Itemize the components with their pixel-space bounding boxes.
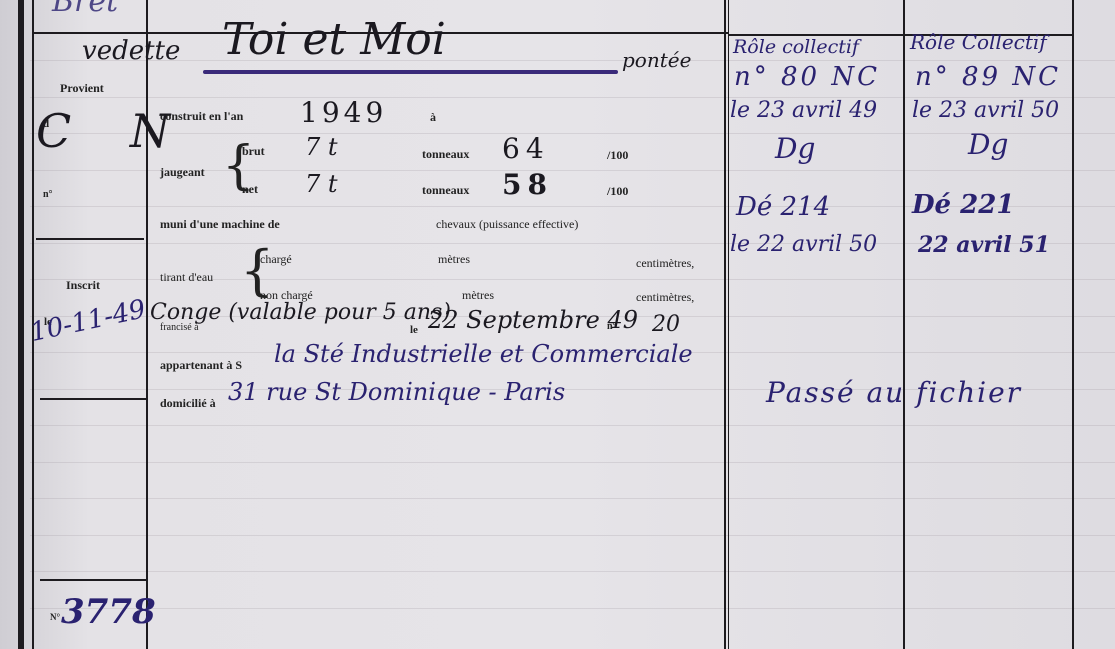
role-heading-1: Rôle collectif <box>733 36 859 58</box>
column-divider <box>1072 0 1074 649</box>
tonneaux-label-net: tonneaux <box>422 183 469 198</box>
role-de-number-2: Dé 221 <box>912 190 1014 220</box>
role-de-number-1: Dé 214 <box>736 192 830 222</box>
column-divider <box>724 0 726 649</box>
net-label: net <box>242 182 258 197</box>
charge-label: chargé <box>260 252 292 267</box>
role-de-date-2: 22 avril 51 <box>918 232 1050 258</box>
appartenant-value: la Sté Industrielle et Commerciale <box>274 340 693 368</box>
left-section-rule <box>36 238 144 240</box>
tonneaux-net-value: 58 <box>502 168 553 201</box>
column-divider <box>903 0 905 649</box>
ruled-line <box>30 571 1115 572</box>
tonneaux-brut-value: 64 <box>502 132 550 165</box>
passe-au-fichier-annotation: Passé au fichier <box>766 376 1022 409</box>
left-margin-bar <box>18 0 24 649</box>
role-date-2: le 23 avril 50 <box>912 98 1059 123</box>
vessel-name: Toi et Moi <box>222 14 446 65</box>
ruled-line <box>30 425 1115 426</box>
role-de-date-1: le 22 avril 50 <box>730 232 877 257</box>
registry-number: 3778 <box>61 592 156 632</box>
vessel-type: vedette <box>82 36 180 66</box>
column-divider <box>146 0 148 649</box>
column-divider <box>728 0 729 649</box>
vessel-name-underline <box>203 70 618 74</box>
role-number-2: n° 89 NC <box>915 62 1061 92</box>
role-date-1: le 23 avril 49 <box>730 98 877 123</box>
domicile-label: domicilié à <box>160 396 216 411</box>
construit-label: construit en l'an <box>160 109 243 124</box>
francise-value: Conge (valable pour 5 ans) <box>150 300 451 325</box>
role-initials-1: Dg <box>775 132 815 165</box>
ruled-line <box>30 60 1115 61</box>
centimetres-label-non-charge: centimètres, <box>636 290 694 305</box>
left-section-rule <box>40 398 146 400</box>
construit-year: 1949 <box>300 96 387 129</box>
role-initials-2: Dg <box>968 128 1008 161</box>
header-fragment: Bret <box>52 0 118 19</box>
vessel-name-suffix: pontée <box>622 48 691 72</box>
metres-label-non-charge: mètres <box>462 288 494 303</box>
francise-number: 20 <box>652 312 680 337</box>
left-section-rule <box>40 579 146 581</box>
francise-le-label: le <box>410 324 418 336</box>
brut-value: 7 t <box>305 133 338 161</box>
centimetres-label-charge: centimètres, <box>636 256 694 271</box>
appartenant-label: appartenant à S <box>160 358 242 373</box>
a-label: à <box>430 110 436 125</box>
no-label: n° <box>43 189 53 200</box>
role-heading-2: Rôle Collectif <box>910 30 1047 54</box>
provient-label: Provient <box>60 81 104 96</box>
inscrit-date: 10-11-49 <box>28 294 149 348</box>
inscrit-label: Inscrit <box>66 278 100 293</box>
machine-label: muni d'une machine de <box>160 217 280 232</box>
registry-card: Bret vedette Toi et Moi pontée Provient … <box>0 0 1115 649</box>
net-value: 7 t <box>305 170 338 198</box>
number-label: N° <box>50 612 60 622</box>
tonneaux-label-brut: tonneaux <box>422 147 469 162</box>
role-number-1: n° 80 NC <box>734 62 880 92</box>
ruled-line <box>30 133 1115 134</box>
tirant-label: tirant d'eau <box>160 270 213 285</box>
ruled-line <box>30 608 1115 609</box>
brut-label: brut <box>242 144 265 159</box>
ruled-line <box>30 498 1115 499</box>
jaugeant-label: jaugeant <box>160 165 205 180</box>
metres-label-charge: mètres <box>438 252 470 267</box>
ruled-line <box>30 535 1115 536</box>
chevaux-label: chevaux (puissance effective) <box>436 217 578 232</box>
domicile-value: 31 rue St Dominique - Paris <box>228 378 565 406</box>
per100-brut: /100 <box>607 148 628 163</box>
per100-net: /100 <box>607 184 628 199</box>
francise-n-label: n° <box>607 321 617 332</box>
ruled-line <box>30 462 1115 463</box>
